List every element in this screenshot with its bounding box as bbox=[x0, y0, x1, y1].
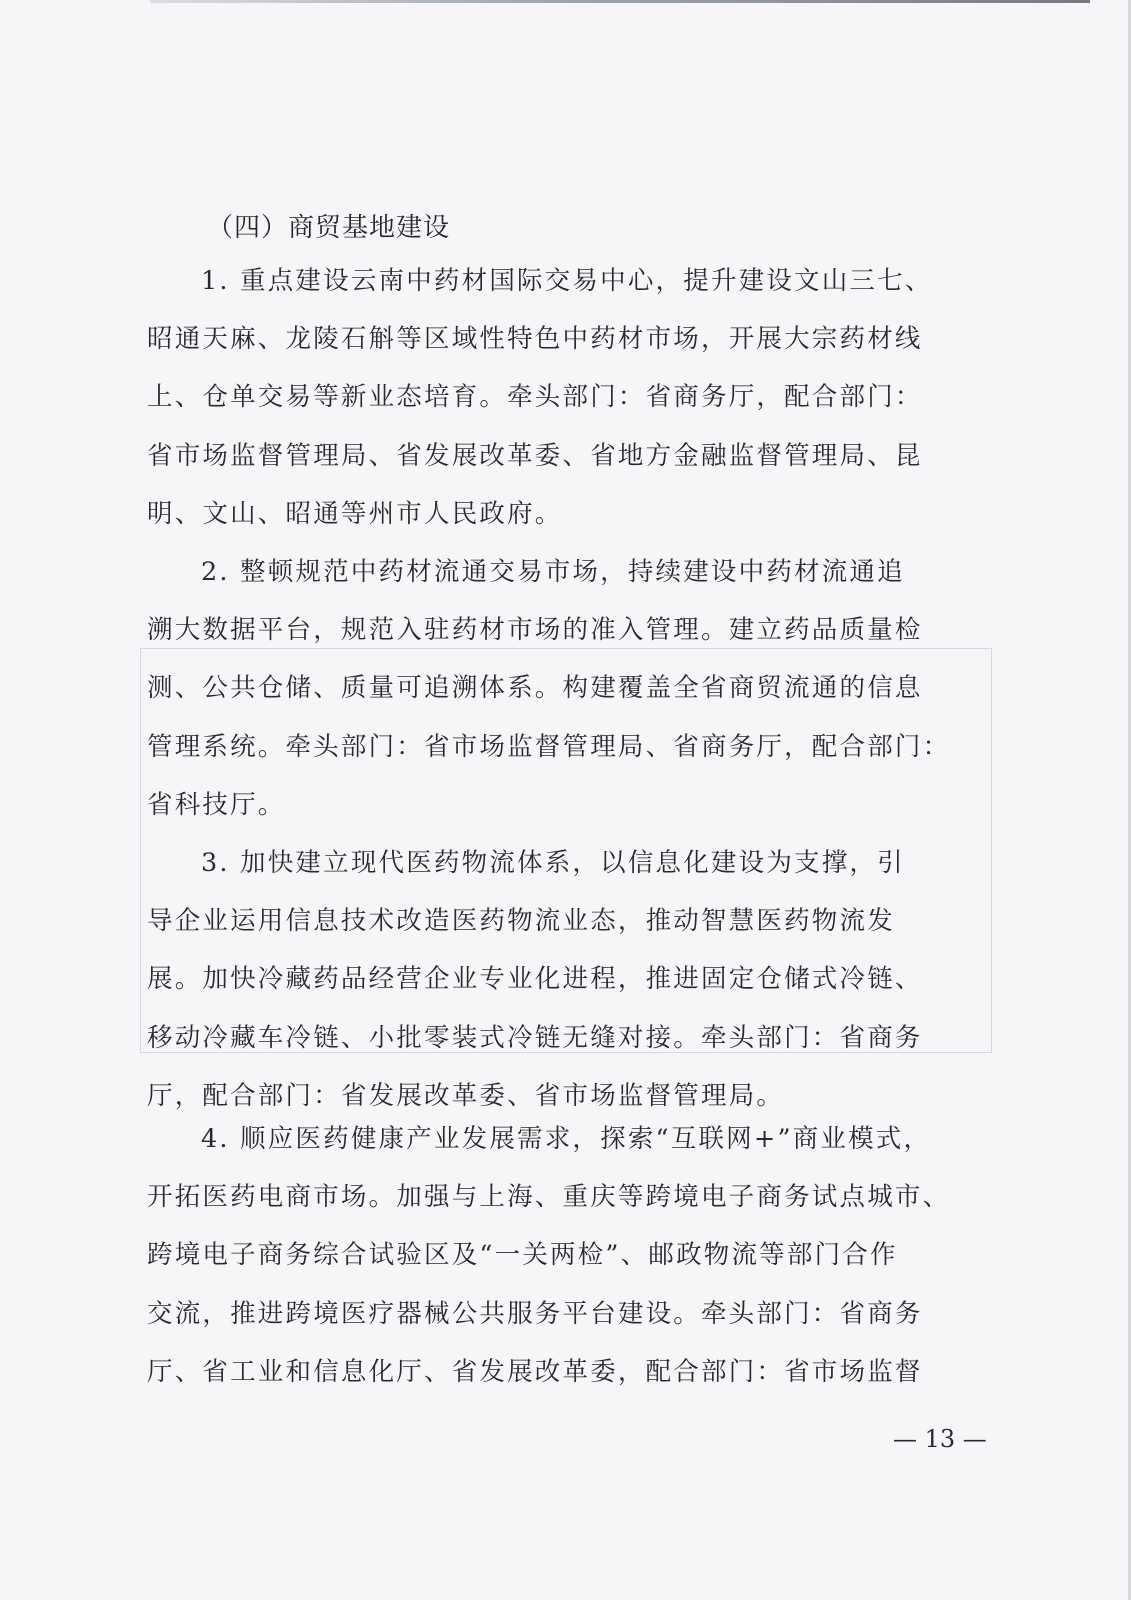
paragraph-1: 1. 重点建设云南中药材国际交易中心，提升建设文山三七、 昭通天麻、龙陵石斛等区… bbox=[147, 252, 993, 543]
paragraph-4: 4. 顺应医药健康产业发展需求，探索“互联网+”商业模式， 开拓医药电商市场。加… bbox=[147, 1110, 993, 1401]
paragraph-line: 溯大数据平台，规范入驻药材市场的准入管理。建立药品质量检 bbox=[147, 601, 993, 659]
page-number: — 13 — bbox=[893, 1424, 987, 1454]
paragraph-line: 省科技厅。 bbox=[147, 776, 993, 834]
section-heading: （四）商贸基地建设 bbox=[207, 208, 450, 248]
paragraph-line: 明、文山、昭通等州市人民政府。 bbox=[147, 485, 993, 543]
paragraph-line: 展。加快冷藏药品经营企业专业化进程，推进固定仓储式冷链、 bbox=[147, 950, 993, 1008]
paragraph-line: 开拓医药电商市场。加强与上海、重庆等跨境电子商务试点城市、 bbox=[147, 1168, 993, 1226]
paragraph-line: 上、仓单交易等新业态培育。牵头部门：省商务厅，配合部门： bbox=[147, 368, 993, 426]
paragraph-3: 3. 加快建立现代医药物流体系，以信息化建设为支撑，引 导企业运用信息技术改造医… bbox=[147, 834, 993, 1125]
paragraph-line: 昭通天麻、龙陵石斛等区域性特色中药材市场，开展大宗药材线 bbox=[147, 310, 993, 368]
paragraph-line: 3. 加快建立现代医药物流体系，以信息化建设为支撑，引 bbox=[147, 834, 993, 892]
paragraph-line: 厅、省工业和信息化厅、省发展改革委，配合部门：省市场监督 bbox=[147, 1343, 993, 1401]
paragraph-line: 测、公共仓储、质量可追溯体系。构建覆盖全省商贸流通的信息 bbox=[147, 659, 993, 717]
paragraph-line: 2. 整顿规范中药材流通交易市场，持续建设中药材流通追 bbox=[147, 543, 993, 601]
paragraph-line: 交流，推进跨境医疗器械公共服务平台建设。牵头部门：省商务 bbox=[147, 1285, 993, 1343]
paragraph-line: 移动冷藏车冷链、小批零装式冷链无缝对接。牵头部门：省商务 bbox=[147, 1009, 993, 1067]
paragraph-line: 省市场监督管理局、省发展改革委、省地方金融监督管理局、昆 bbox=[147, 427, 993, 485]
paragraph-line: 导企业运用信息技术改造医药物流业态，推动智慧医药物流发 bbox=[147, 892, 993, 950]
paragraph-2: 2. 整顿规范中药材流通交易市场，持续建设中药材流通追 溯大数据平台，规范入驻药… bbox=[147, 543, 993, 834]
paragraph-line: 4. 顺应医药健康产业发展需求，探索“互联网+”商业模式， bbox=[147, 1110, 993, 1168]
paragraph-line: 跨境电子商务综合试验区及“一关两检”、邮政物流等部门合作 bbox=[147, 1226, 993, 1284]
document-page: （四）商贸基地建设 1. 重点建设云南中药材国际交易中心，提升建设文山三七、 昭… bbox=[0, 0, 1131, 1600]
paragraph-line: 管理系统。牵头部门：省市场监督管理局、省商务厅，配合部门： bbox=[147, 718, 993, 776]
paragraph-line: 1. 重点建设云南中药材国际交易中心，提升建设文山三七、 bbox=[147, 252, 993, 310]
